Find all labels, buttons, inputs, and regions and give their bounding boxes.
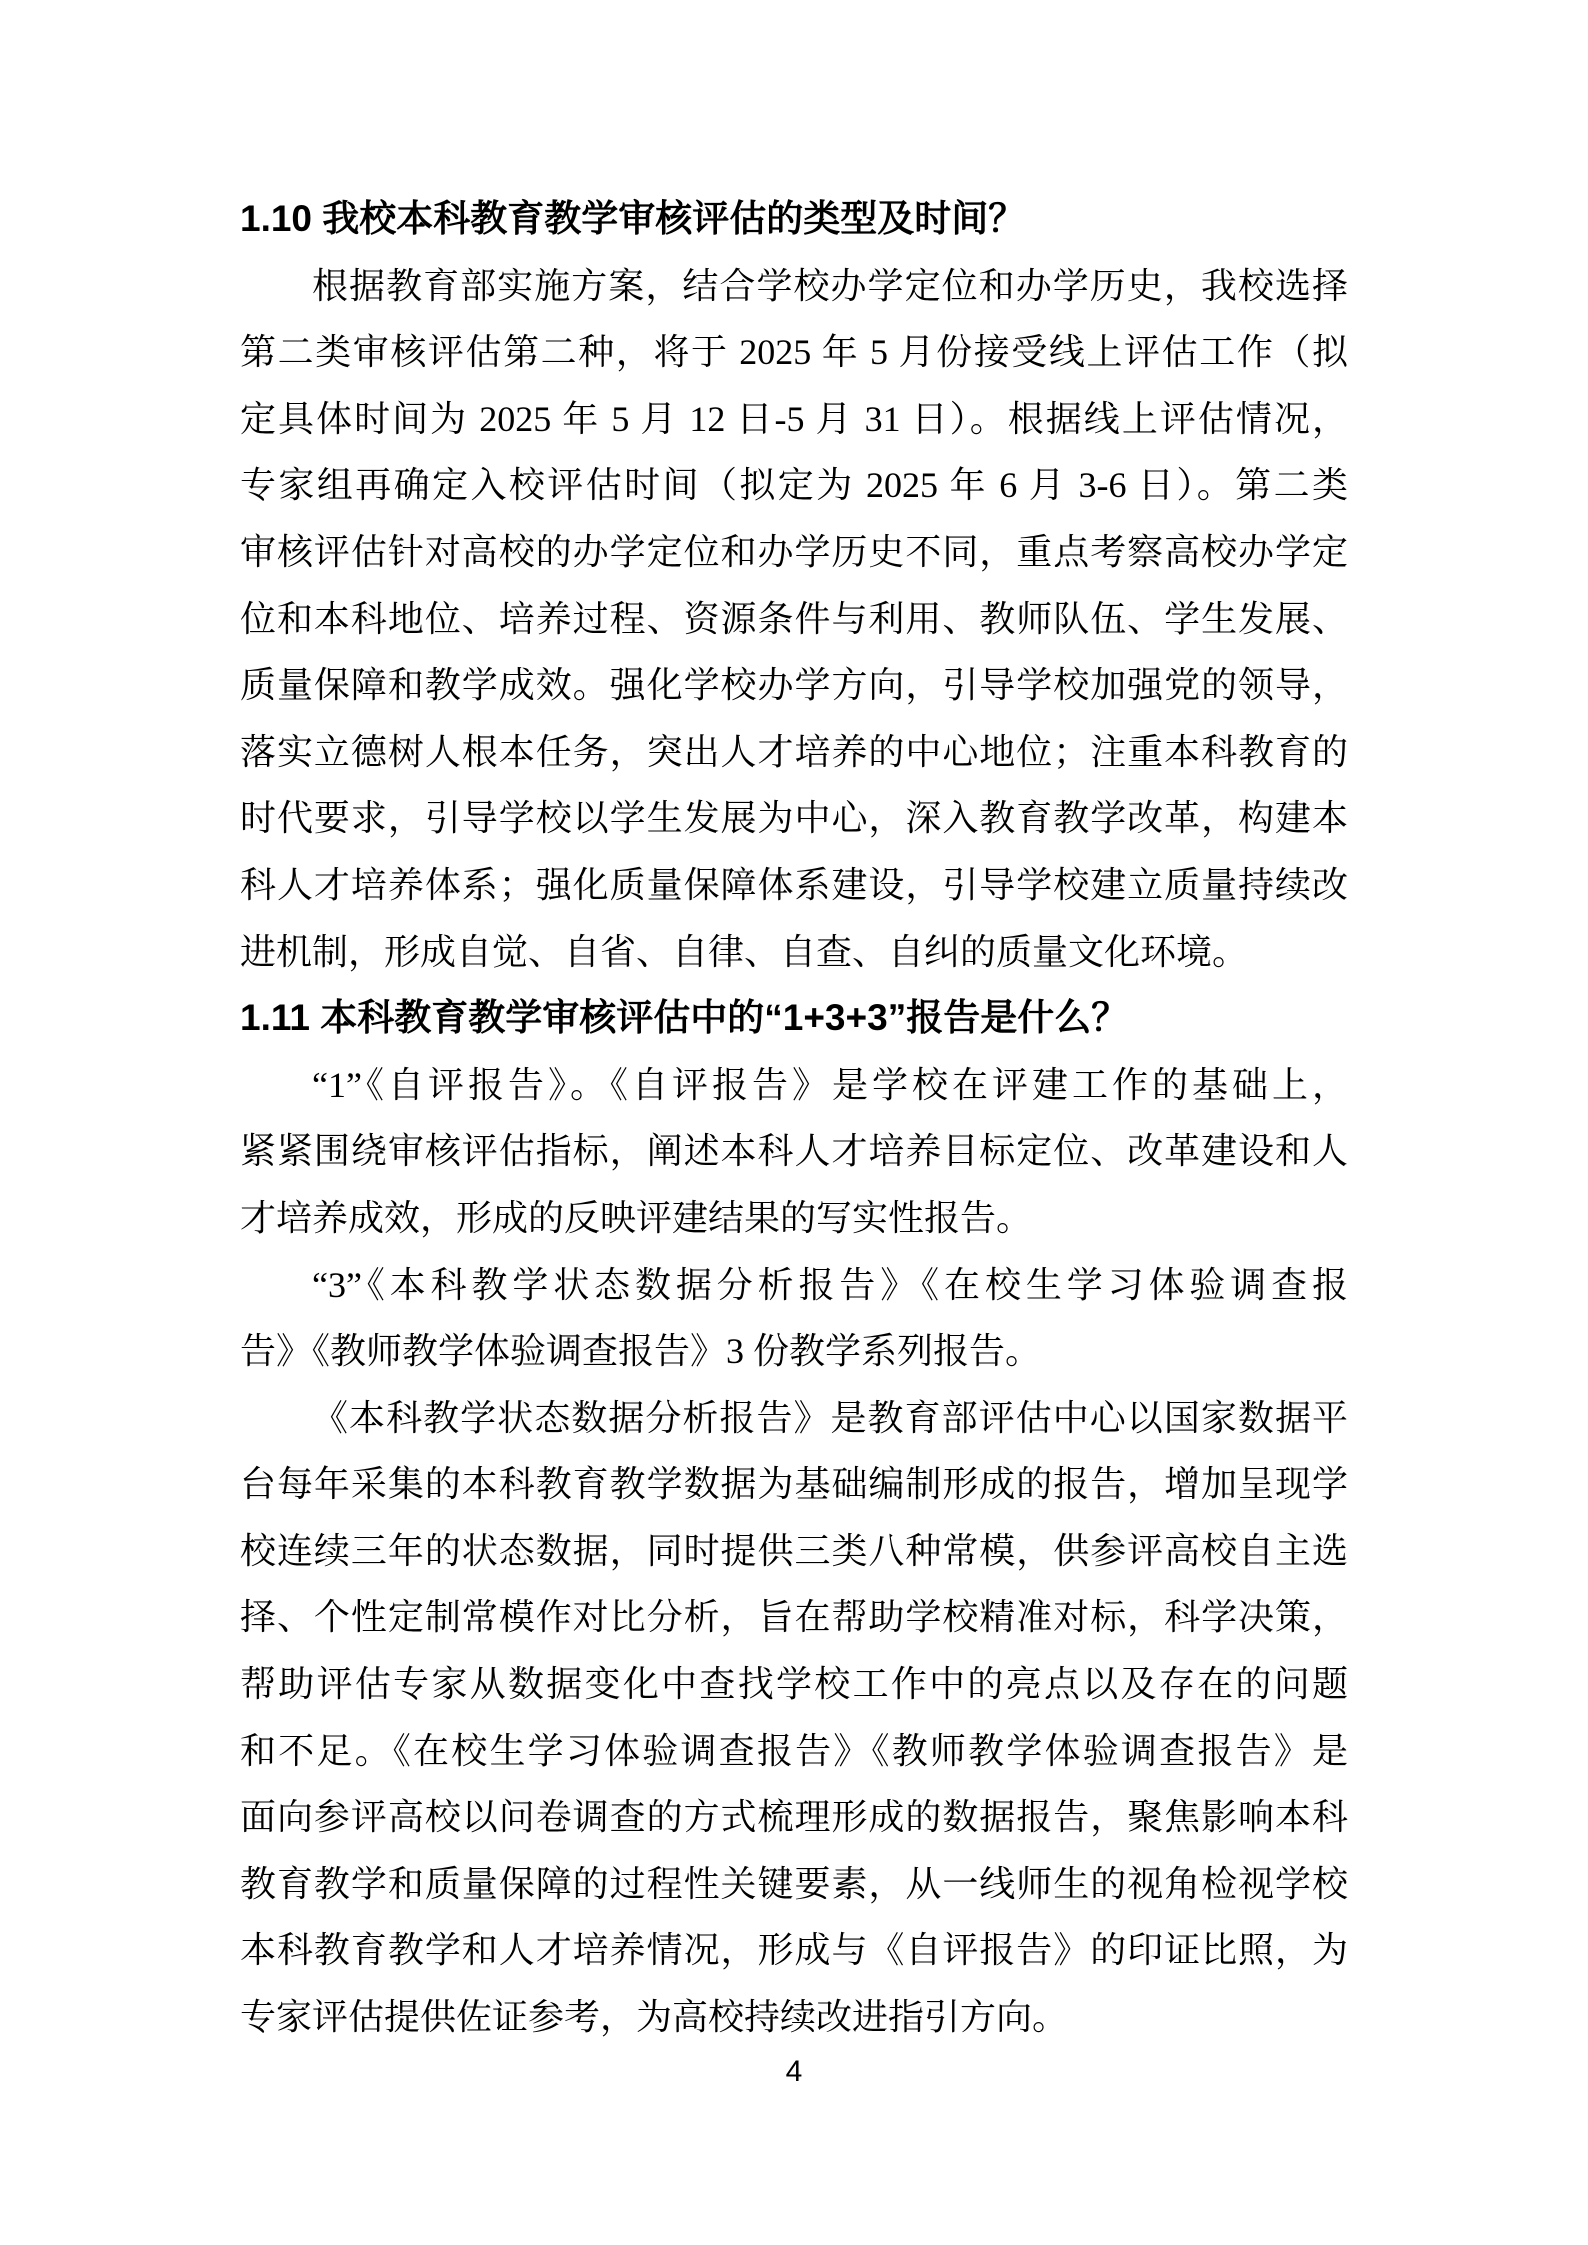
text-line: 时代要求，引导学校以学生发展为中心，深入教育教学改革，构建本: [240, 785, 1348, 852]
text-line: 本科教育教学和人才培养情况，形成与《自评报告》的印证比照，为: [240, 1917, 1348, 1984]
text-line: 进机制，形成自觉、自省、自律、自查、自纠的质量文化环境。: [240, 919, 1348, 986]
text-line: 校连续三年的状态数据，同时提供三类八种常模，供参评高校自主选: [240, 1518, 1348, 1585]
text-line: 面向参评高校以问卷调查的方式梳理形成的数据报告，聚焦影响本科: [240, 1784, 1348, 1851]
text-line: 专家评估提供佐证参考，为高校持续改进指引方向。: [240, 1984, 1348, 2051]
text-line: 告》《教师教学体验调查报告》3 份教学系列报告。: [240, 1318, 1348, 1385]
text-line: 才培养成效，形成的反映评建结果的写实性报告。: [240, 1185, 1348, 1252]
text-line: 位和本科地位、培养过程、资源条件与利用、教师队伍、学生发展、: [240, 586, 1348, 653]
text-line: 科人才培养体系；强化质量保障体系建设，引导学校建立质量持续改: [240, 852, 1348, 919]
text-line: 教育教学和质量保障的过程性关键要素，从一线师生的视角检视学校: [240, 1851, 1348, 1918]
text-line: 定具体时间为 2025 年 5 月 12 日-5 月 31 日）。根据线上评估情…: [240, 386, 1348, 453]
document-page: 1.10 我校本科教育教学审核评估的类型及时间？ 根据教育部实施方案，结合学校办…: [0, 0, 1588, 2245]
text-line: 根据教育部实施方案，结合学校办学定位和办学历史，我校选择: [240, 253, 1348, 320]
text-line: 和不足。《在校生学习体验调查报告》《教师教学体验调查报告》是: [240, 1718, 1348, 1785]
text-line: 审核评估针对高校的办学定位和办学历史不同，重点考察高校办学定: [240, 519, 1348, 586]
page-body: 1.10 我校本科教育教学审核评估的类型及时间？ 根据教育部实施方案，结合学校办…: [240, 186, 1348, 2051]
text-line: “1”《自评报告》。《自评报告》是学校在评建工作的基础上，: [240, 1052, 1348, 1119]
text-line: 第二类审核评估第二种，将于 2025 年 5 月份接受线上评估工作（拟: [240, 319, 1348, 386]
text-line: 质量保障和教学成效。强化学校办学方向，引导学校加强党的领导，: [240, 652, 1348, 719]
text-line: 台每年采集的本科教育教学数据为基础编制形成的报告，增加呈现学: [240, 1451, 1348, 1518]
text-line: 紧紧围绕审核评估指标，阐述本科人才培养目标定位、改革建设和人: [240, 1118, 1348, 1185]
text-line: 《本科教学状态数据分析报告》是教育部评估中心以国家数据平: [240, 1385, 1348, 1452]
text-line: 帮助评估专家从数据变化中查找学校工作中的亮点以及存在的问题: [240, 1651, 1348, 1718]
section-heading-1-10: 1.10 我校本科教育教学审核评估的类型及时间？: [240, 186, 1348, 253]
page-number: 4: [0, 2052, 1588, 2092]
text-line: 择、个性定制常模作对比分析，旨在帮助学校精准对标，科学决策，: [240, 1584, 1348, 1651]
text-line: 落实立德树人根本任务，突出人才培养的中心地位；注重本科教育的: [240, 719, 1348, 786]
section-heading-1-11: 1.11 本科教育教学审核评估中的“1+3+3”报告是什么？: [240, 985, 1348, 1052]
text-line: 专家组再确定入校评估时间（拟定为 2025 年 6 月 3-6 日）。第二类: [240, 452, 1348, 519]
text-line: “3”《本科教学状态数据分析报告》《在校生学习体验调查报: [240, 1252, 1348, 1319]
